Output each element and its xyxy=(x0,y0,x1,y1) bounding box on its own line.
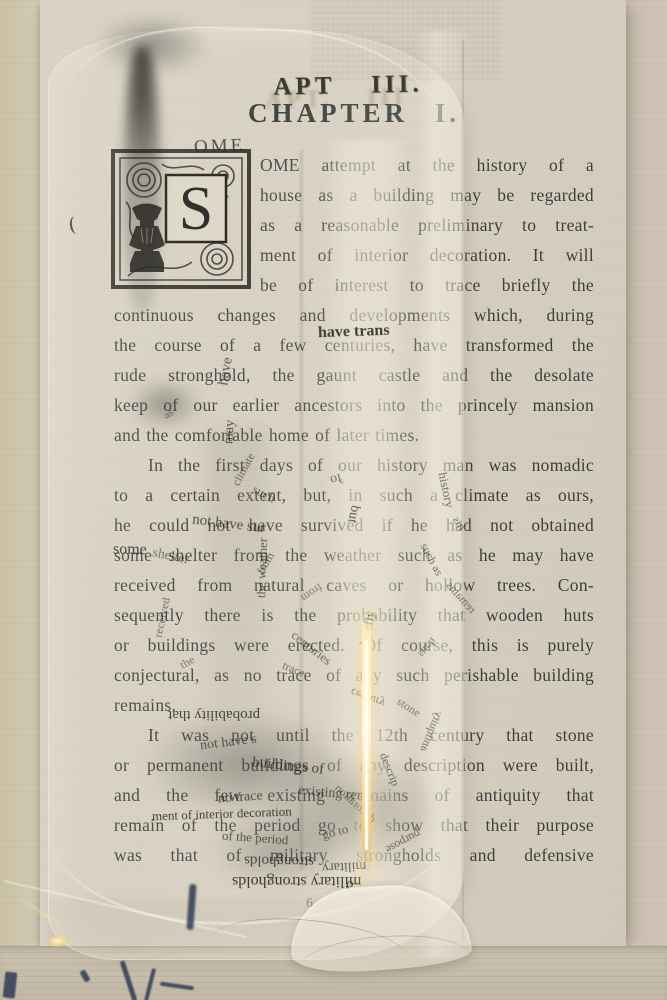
ink-texture-patch xyxy=(312,0,502,80)
photograph-of-book-page-with-transparency: APT. III CHAPTER I. APT III. OME xyxy=(0,0,667,1000)
film-right-edge-line xyxy=(462,40,464,940)
ink-smear-vertical xyxy=(124,46,160,314)
drop-cap-ghost-text: OME xyxy=(194,135,246,159)
backdrop-right-strip xyxy=(624,0,667,1000)
light-glint xyxy=(44,933,72,949)
ink-smudge-mid xyxy=(128,378,202,430)
